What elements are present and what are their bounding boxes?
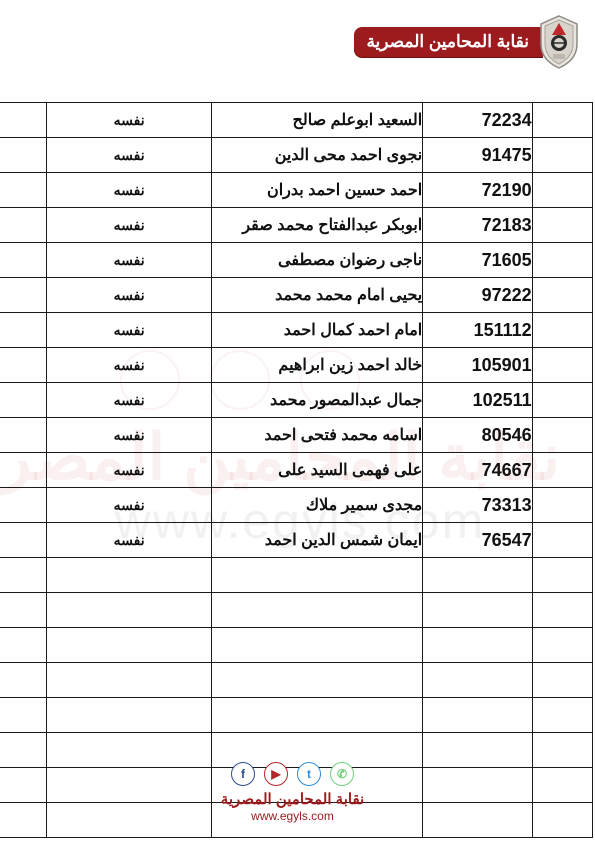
empty-cell-right [532, 383, 592, 418]
empty-cell-right [532, 593, 592, 628]
empty-cell-right [532, 663, 592, 698]
table-row: نفسهالسعيد ابوعلم صالح72234 [0, 103, 593, 138]
registration-number-cell: 72190 [423, 173, 532, 208]
table-row [0, 698, 593, 733]
member-name-cell: ناجى رضوان مصطفى [211, 243, 422, 278]
table-row: نفسهابوبكر عبدالفتاح محمد صقر72183 [0, 208, 593, 243]
registration-number-cell: 74667 [423, 453, 532, 488]
member-name-cell: ايمان شمس الدين احمد [211, 523, 422, 558]
whatsapp-icon[interactable]: ✆ [330, 762, 354, 786]
empty-cell-left [0, 558, 47, 593]
empty-cell-left [0, 383, 47, 418]
table-row: نفسهاحمد حسين احمد بدران72190 [0, 173, 593, 208]
status-cell: نفسه [47, 383, 211, 418]
table-row [0, 663, 593, 698]
registration-number-cell: 73313 [423, 488, 532, 523]
empty-cell-right [532, 698, 592, 733]
member-name-cell [211, 558, 422, 593]
empty-cell-left [0, 278, 47, 313]
table-row: نفسهعلى فهمى السيد على74667 [0, 453, 593, 488]
member-name-cell [211, 663, 422, 698]
registration-number-cell: 151112 [423, 313, 532, 348]
empty-cell-right [532, 208, 592, 243]
footer-url[interactable]: www.egyls.com [0, 809, 595, 823]
member-name-cell: نجوى احمد محى الدين [211, 138, 422, 173]
status-cell [47, 698, 211, 733]
status-cell: نفسه [47, 138, 211, 173]
empty-cell-right [532, 628, 592, 663]
member-name-cell [211, 698, 422, 733]
status-cell: نفسه [47, 173, 211, 208]
twitter-icon[interactable]: t [297, 762, 321, 786]
footer: f ▶ t ✆ نقابة المحامين المصرية www.egyls… [0, 762, 595, 823]
table-row: نفسهنجوى احمد محى الدين91475 [0, 138, 593, 173]
registration-number-cell: 72183 [423, 208, 532, 243]
registration-number-cell: 102511 [423, 383, 532, 418]
table-row: نفسهامام احمد كمال احمد151112 [0, 313, 593, 348]
empty-cell-left [0, 593, 47, 628]
member-name-cell: احمد حسين احمد بدران [211, 173, 422, 208]
empty-cell-left [0, 698, 47, 733]
status-cell: نفسه [47, 348, 211, 383]
registration-number-cell: 80546 [423, 418, 532, 453]
social-links: f ▶ t ✆ [0, 762, 595, 786]
registration-number-cell [423, 628, 532, 663]
member-name-cell: خالد احمد زين ابراهيم [211, 348, 422, 383]
status-cell: نفسه [47, 243, 211, 278]
table-row: نفسهاسامه محمد فتحى احمد80546 [0, 418, 593, 453]
table-row: نفسهايمان شمس الدين احمد76547 [0, 523, 593, 558]
member-name-cell: مجدى سمير ملاك [211, 488, 422, 523]
member-name-cell: السعيد ابوعلم صالح [211, 103, 422, 138]
member-name-cell [211, 628, 422, 663]
table-row: نفسهجمال عبدالمصور محمد102511 [0, 383, 593, 418]
members-table: نفسهالسعيد ابوعلم صالح72234نفسهنجوى احمد… [0, 102, 593, 838]
empty-cell-left [0, 138, 47, 173]
empty-cell-left [0, 103, 47, 138]
empty-cell-right [532, 103, 592, 138]
registration-number-cell: 91475 [423, 138, 532, 173]
empty-cell-left [0, 348, 47, 383]
empty-cell-left [0, 173, 47, 208]
empty-cell-right [532, 173, 592, 208]
status-cell: نفسه [47, 103, 211, 138]
empty-cell-right [532, 418, 592, 453]
status-cell: نفسه [47, 523, 211, 558]
registration-number-cell: 97222 [423, 278, 532, 313]
empty-cell-left [0, 488, 47, 523]
table-row: نفسهمجدى سمير ملاك73313 [0, 488, 593, 523]
table-row [0, 628, 593, 663]
table-row: نفسهخالد احمد زين ابراهيم105901 [0, 348, 593, 383]
empty-cell-right [532, 243, 592, 278]
registration-number-cell: 76547 [423, 523, 532, 558]
footer-org-name: نقابة المحامين المصرية [0, 790, 595, 808]
status-cell: نفسه [47, 488, 211, 523]
table-row [0, 558, 593, 593]
registration-number-cell [423, 698, 532, 733]
facebook-icon[interactable]: f [231, 762, 255, 786]
status-cell [47, 558, 211, 593]
header: نقابة المحامين المصرية [354, 14, 581, 70]
member-name-cell: ابوبكر عبدالفتاح محمد صقر [211, 208, 422, 243]
org-name-banner: نقابة المحامين المصرية [354, 27, 543, 57]
empty-cell-left [0, 208, 47, 243]
empty-cell-left [0, 453, 47, 488]
empty-cell-right [532, 558, 592, 593]
status-cell: نفسه [47, 453, 211, 488]
empty-cell-left [0, 243, 47, 278]
empty-cell-right [532, 278, 592, 313]
empty-cell-right [532, 138, 592, 173]
empty-cell-right [532, 488, 592, 523]
table-row: نفسهيحيى امام محمد محمد97222 [0, 278, 593, 313]
status-cell [47, 663, 211, 698]
member-name-cell: اسامه محمد فتحى احمد [211, 418, 422, 453]
registration-number-cell [423, 663, 532, 698]
empty-cell-left [0, 418, 47, 453]
status-cell [47, 593, 211, 628]
registration-number-cell [423, 558, 532, 593]
status-cell: نفسه [47, 313, 211, 348]
status-cell: نفسه [47, 418, 211, 453]
empty-cell-right [532, 313, 592, 348]
empty-cell-left [0, 523, 47, 558]
syndicate-emblem-icon [537, 14, 581, 70]
empty-cell-right [532, 348, 592, 383]
empty-cell-left [0, 663, 47, 698]
member-name-cell: يحيى امام محمد محمد [211, 278, 422, 313]
youtube-icon[interactable]: ▶ [264, 762, 288, 786]
member-name-cell: جمال عبدالمصور محمد [211, 383, 422, 418]
status-cell [47, 628, 211, 663]
registration-number-cell: 71605 [423, 243, 532, 278]
table-row [0, 593, 593, 628]
member-name-cell: امام احمد كمال احمد [211, 313, 422, 348]
registration-number-cell: 105901 [423, 348, 532, 383]
registration-number-cell [423, 593, 532, 628]
registration-number-cell: 72234 [423, 103, 532, 138]
status-cell: نفسه [47, 278, 211, 313]
member-name-cell: على فهمى السيد على [211, 453, 422, 488]
table-row: نفسهناجى رضوان مصطفى71605 [0, 243, 593, 278]
empty-cell-right [532, 453, 592, 488]
empty-cell-left [0, 313, 47, 348]
empty-cell-left [0, 628, 47, 663]
empty-cell-right [532, 523, 592, 558]
status-cell: نفسه [47, 208, 211, 243]
member-name-cell [211, 593, 422, 628]
